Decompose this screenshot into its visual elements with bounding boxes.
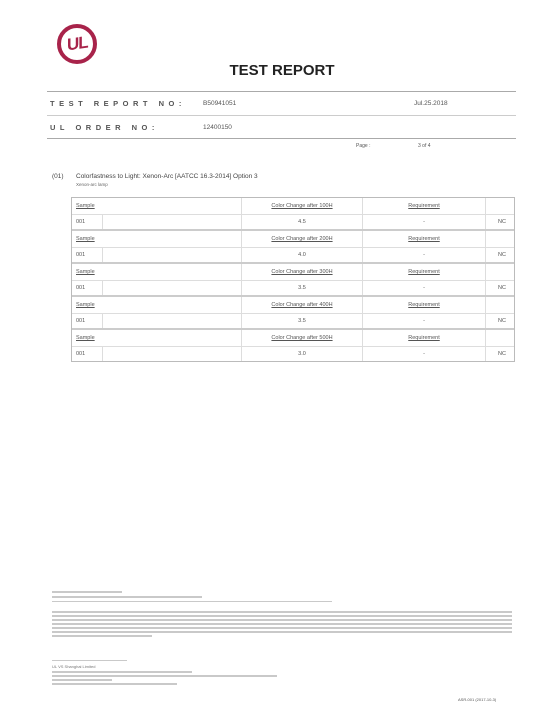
header-row: Sample Color Change after 300H Requireme… (72, 264, 514, 281)
report-no: B50941051 (203, 100, 236, 107)
requirement-header: Requirement (363, 297, 486, 313)
requirement-value: - (363, 248, 486, 262)
sample-header: Sample (72, 231, 242, 247)
result-block: Sample Color Change after 200H Requireme… (72, 231, 514, 264)
form-code: ASR-001 (2017-10-3) (458, 697, 496, 702)
color-change-header: Color Change after 500H (242, 330, 363, 346)
section-subtitle: Xenon-arc lamp (76, 182, 108, 187)
header-row: Sample Color Change after 100H Requireme… (72, 198, 514, 215)
color-change-header: Color Change after 200H (242, 231, 363, 247)
divider (47, 91, 516, 92)
result-block: Sample Color Change after 400H Requireme… (72, 297, 514, 330)
color-change-header: Color Change after 100H (242, 198, 363, 214)
requirement-value: - (363, 314, 486, 328)
remark: NC (486, 248, 514, 262)
table-row: 001 4.0 - NC (72, 248, 514, 262)
sample-header: Sample (72, 198, 242, 214)
remark: NC (486, 215, 514, 229)
report-date: Jul.25.2018 (414, 100, 448, 107)
ul-logo: UL (57, 24, 97, 64)
requirement-header: Requirement (363, 231, 486, 247)
section-number: (01) (52, 173, 64, 180)
grade-value: 4.5 (242, 215, 363, 229)
sample-id: 001 (76, 215, 103, 229)
results-table: Sample Color Change after 100H Requireme… (71, 197, 515, 362)
requirement-value: - (363, 347, 486, 361)
color-change-header: Color Change after 400H (242, 297, 363, 313)
grade-value: 3.5 (242, 281, 363, 295)
requirement-header: Requirement (363, 264, 486, 280)
sample-id: 001 (76, 248, 103, 262)
company-name: UL VS Shanghai Limited (52, 664, 512, 669)
requirement-value: - (363, 281, 486, 295)
sample-header: Sample (72, 297, 242, 313)
report-no-label: TEST REPORT NO: (50, 99, 186, 108)
remark: NC (486, 314, 514, 328)
sample-header: Sample (72, 330, 242, 346)
table-row: 001 3.5 - NC (72, 281, 514, 295)
grade-value: 4.0 (242, 248, 363, 262)
table-row: 001 3.5 - NC (72, 314, 514, 328)
result-block: Sample Color Change after 100H Requireme… (72, 198, 514, 231)
order-no-label: UL ORDER NO: (50, 123, 159, 132)
remark: NC (486, 347, 514, 361)
page-label: Page : (356, 143, 370, 149)
remark: NC (486, 281, 514, 295)
page-value: 3 of 4 (418, 143, 431, 149)
order-no: 12400150 (203, 124, 232, 131)
sample-header: Sample (72, 264, 242, 280)
sample-id: 001 (76, 347, 103, 361)
header-row: Sample Color Change after 500H Requireme… (72, 330, 514, 347)
table-row: 001 3.0 - NC (72, 347, 514, 361)
requirement-header: Requirement (363, 198, 486, 214)
footer-disclaimer (52, 588, 512, 639)
grade-value: 3.0 (242, 347, 363, 361)
grade-value: 3.5 (242, 314, 363, 328)
color-change-header: Color Change after 300H (242, 264, 363, 280)
result-block: Sample Color Change after 300H Requireme… (72, 264, 514, 297)
section-title: Colorfastness to Light: Xenon-Arc [AATCC… (76, 173, 258, 180)
requirement-value: - (363, 215, 486, 229)
divider (47, 115, 516, 116)
requirement-header: Requirement (363, 330, 486, 346)
footer-address: UL VS Shanghai Limited (52, 657, 512, 687)
sample-id: 001 (76, 314, 103, 328)
result-block: Sample Color Change after 500H Requireme… (72, 330, 514, 361)
page-title: TEST REPORT (0, 62, 556, 79)
sample-id: 001 (76, 281, 103, 295)
header-row: Sample Color Change after 200H Requireme… (72, 231, 514, 248)
divider (47, 138, 516, 139)
header-row: Sample Color Change after 400H Requireme… (72, 297, 514, 314)
table-row: 001 4.5 - NC (72, 215, 514, 229)
